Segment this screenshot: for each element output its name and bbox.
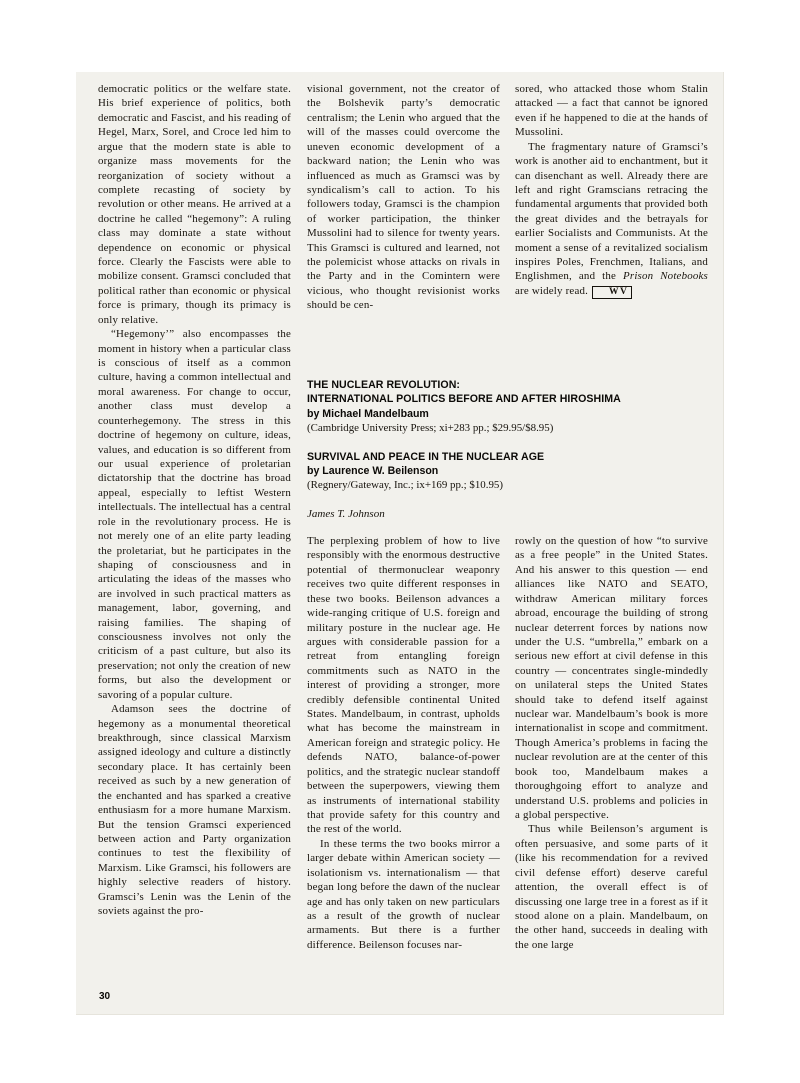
gramsci-review-column-3: sored, who attacked those whom Stalin at… <box>515 82 708 354</box>
paragraph: Thus while Beilenson’s argument is often… <box>515 822 708 952</box>
book-publisher: (Regnery/Gateway, Inc.; ix+169 pp.; $10.… <box>307 478 717 492</box>
paragraph: visional government, not the creator of … <box>307 82 500 313</box>
nuclear-review-column-1: The perplexing problem of how to live re… <box>307 534 500 1006</box>
reviewer-byline: James T. Johnson <box>307 508 385 520</box>
gramsci-review-column-1: democratic politics or the welfare state… <box>98 82 291 1010</box>
book-entry: SURVIVAL AND PEACE IN THE NUCLEAR AGE by… <box>307 450 717 493</box>
italic-book-title-text: Prison Notebooks <box>623 270 708 282</box>
paragraph: rowly on the question of how “to survive… <box>515 534 708 822</box>
wv-end-logo: WV <box>592 286 632 299</box>
paragraph: The fragmentary nature of Gramsci’s work… <box>515 140 708 299</box>
nuclear-review-column-2: rowly on the question of how “to survive… <box>515 534 708 1006</box>
magazine-page-sheet: democratic politics or the welfare state… <box>76 72 724 1015</box>
book-title: THE NUCLEAR REVOLUTION: INTERNATIONAL PO… <box>307 378 717 407</box>
paragraph: The perplexing problem of how to live re… <box>307 534 500 837</box>
paragraph: sored, who attacked those whom Stalin at… <box>515 82 708 140</box>
page-number: 30 <box>99 991 110 1002</box>
book-entry: THE NUCLEAR REVOLUTION: INTERNATIONAL PO… <box>307 378 717 436</box>
book-author: by Laurence W. Beilenson <box>307 464 717 478</box>
paragraph: In these terms the two books mirror a la… <box>307 837 500 952</box>
paragraph: “Hegemony’” also encompasses the moment … <box>98 327 291 702</box>
paragraph: Adamson sees the doctrine of hegemony as… <box>98 702 291 918</box>
book-author: by Michael Mandelbaum <box>307 407 717 421</box>
nuclear-review-book-header: THE NUCLEAR REVOLUTION: INTERNATIONAL PO… <box>307 378 717 507</box>
paragraph: democratic politics or the welfare state… <box>98 82 291 327</box>
book-title: SURVIVAL AND PEACE IN THE NUCLEAR AGE <box>307 450 717 464</box>
book-publisher: (Cambridge University Press; xi+283 pp.;… <box>307 421 717 435</box>
gramsci-review-column-2: visional government, not the creator of … <box>307 82 500 348</box>
